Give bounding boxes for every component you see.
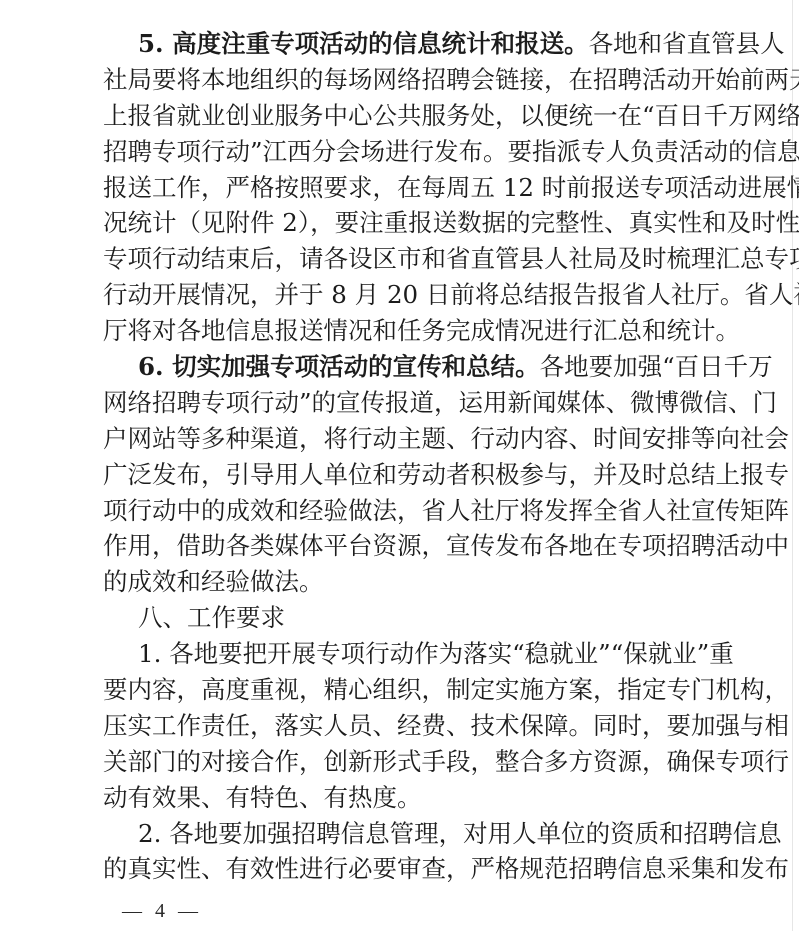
text-line: 招聘专项行动”江西分会场进行发布。要指派专人负责活动的信息: [103, 134, 703, 170]
document-body: 5. 高度注重专项活动的信息统计和报送。各地和省直管县人 社局要将本地组织的每场…: [103, 26, 703, 887]
paragraph-item-6: 6. 切实加强专项活动的宣传和总结。各地要加强“百日千万 网络招聘专项行动”的宣…: [103, 349, 703, 600]
text-line: 作用，借助各类媒体平台资源，宣传发布各地在专项招聘活动中: [103, 528, 703, 564]
paragraph-requirement-2: 2. 各地要加强招聘信息管理，对用人单位的资质和招聘信息 的真实性、有效性进行必…: [103, 816, 703, 888]
text-line: 网络招聘专项行动”的宣传报道，运用新闻媒体、微博微信、门: [103, 385, 703, 421]
text-line: 的真实性、有效性进行必要审查，严格规范招聘信息采集和发布: [103, 851, 703, 887]
text-line: 压实工作责任，落实人员、经费、技术保障。同时，要加强与相: [103, 708, 703, 744]
text-line: 厅将对各地信息报送情况和任务完成情况进行汇总和统计。: [103, 313, 703, 349]
text-line: 况统计（见附件 2），要注重报送数据的完整性、真实性和及时性。: [103, 205, 703, 241]
text-line: 社局要将本地组织的每场网络招聘会链接，在招聘活动开始前两天: [103, 62, 703, 98]
text-line: 上报省就业创业服务中心公共服务处，以便统一在“百日千万网络: [103, 98, 703, 134]
text-line: 报送工作，严格按照要求，在每周五 12 时前报送专项活动进展情: [103, 170, 703, 206]
text-line: 5. 高度注重专项活动的信息统计和报送。各地和省直管县人: [103, 26, 703, 62]
page-number: — 4 —: [122, 900, 202, 923]
paragraph-requirement-1: 1. 各地要把开展专项行动作为落实“稳就业”“保就业”重 要内容，高度重视，精心…: [103, 636, 703, 815]
text-line: 广泛发布，引导用人单位和劳动者积极参与，并及时总结上报专: [103, 457, 703, 493]
text-line: 2. 各地要加强招聘信息管理，对用人单位的资质和招聘信息: [103, 816, 703, 852]
paragraph-item-5: 5. 高度注重专项活动的信息统计和报送。各地和省直管县人 社局要将本地组织的每场…: [103, 26, 703, 349]
text-line: 1. 各地要把开展专项行动作为落实“稳就业”“保就业”重: [103, 636, 703, 672]
text-line: 关部门的对接合作，创新形式手段，整合多方资源，确保专项行: [103, 744, 703, 780]
section-heading: 八、工作要求: [103, 600, 703, 636]
text-line: 项行动中的成效和经验做法，省人社厅将发挥全省人社宣传矩阵: [103, 493, 703, 529]
bold-lead: 5. 高度注重专项活动的信息统计和报送。: [138, 29, 589, 58]
text-line: 专项行动结束后，请各设区市和省直管县人社局及时梳理汇总专项: [103, 241, 703, 277]
text-line: 行动开展情况，并于 8 月 20 日前将总结报告报省人社厅。省人社: [103, 277, 703, 313]
text-line: 的成效和经验做法。: [103, 564, 703, 600]
text-line: 要内容，高度重视，精心组织，制定实施方案，指定专门机构，: [103, 672, 703, 708]
text-line: 户网站等多种渠道，将行动主题、行动内容、时间安排等向社会: [103, 421, 703, 457]
bold-lead: 6. 切实加强专项活动的宣传和总结。: [138, 352, 540, 381]
text-line: 6. 切实加强专项活动的宣传和总结。各地要加强“百日千万: [103, 349, 703, 385]
text-line: 动有效果、有特色、有热度。: [103, 780, 703, 816]
